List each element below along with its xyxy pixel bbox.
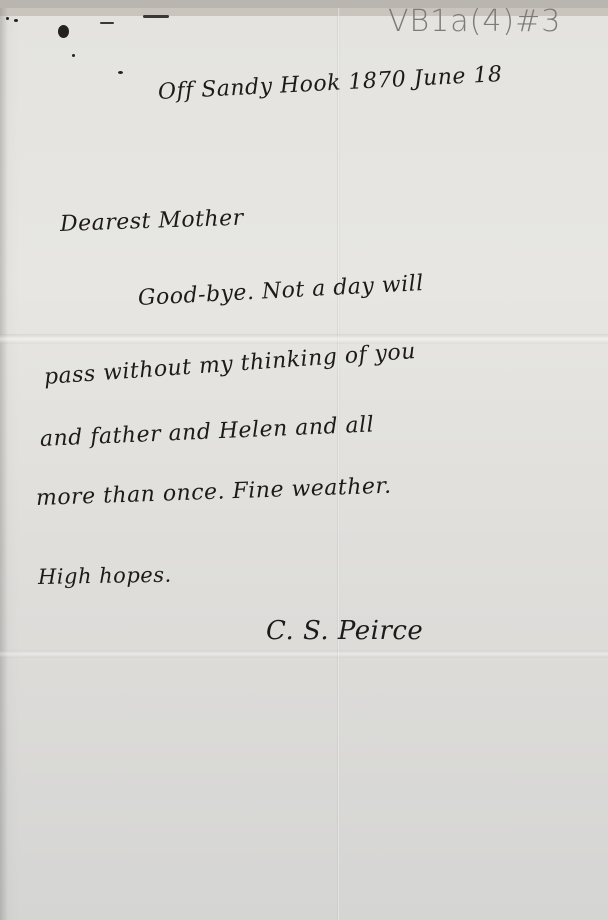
left-edge-shadow [0,8,8,920]
ink-speck [6,17,9,20]
ink-blot [58,25,69,38]
ink-dash-mark [100,22,114,24]
letter-salutation: Dearest Mother [60,206,245,237]
letter-body-line: and father and Helen and all [39,412,374,452]
letter-body-line: Good-bye. Not a day will [137,271,424,311]
ink-speck [72,54,75,57]
letter-body-line: pass without my thinking of you [43,339,417,390]
vertical-fold-crease [337,8,340,920]
archive-mark: VB1a(4)#3 [388,8,561,39]
ink-speck [118,71,123,74]
ink-dash-mark [143,15,169,18]
letter-body-line: High hopes. [38,563,172,589]
letter-heading: Off Sandy Hook 1870 June 18 [157,62,503,105]
letter-signature: C. S. Peirce [266,616,423,646]
letter-paper: VB1a(4)#3 Off Sandy Hook 1870 June 18 De… [0,8,608,920]
horizontal-fold-crease-lower [0,650,608,658]
ink-speck [14,19,18,22]
horizontal-fold-crease-upper [0,334,608,344]
